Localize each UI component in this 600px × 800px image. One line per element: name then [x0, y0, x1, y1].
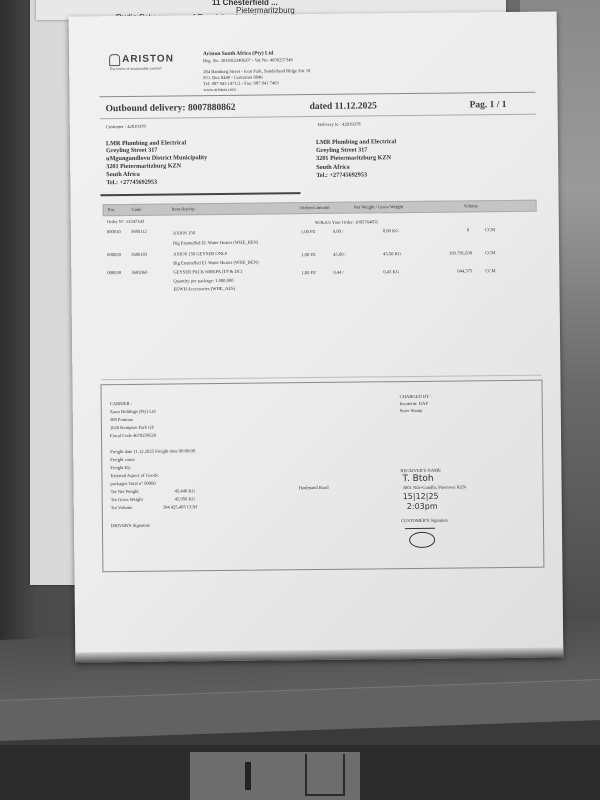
title-rule [100, 114, 536, 120]
freight-cause: Freight cause [110, 457, 135, 462]
tot-gross-value: 45,950 KG [175, 496, 195, 501]
drawer [190, 752, 360, 800]
freight-date: Freight date 11.12.2025 Freight time 00:… [110, 448, 195, 454]
house-icon [109, 54, 120, 66]
packages-total: packages Total n° 00000 [110, 481, 155, 486]
col-code: Code [132, 207, 142, 212]
logo-tagline: The home of sustainable comfort [109, 67, 161, 72]
delivery-title: Outbound delivery: 8007880862 [106, 103, 236, 114]
carrier-label: CARRIER : [110, 401, 132, 406]
store-stamp: Store Stamp [400, 408, 423, 413]
receiver-handwritten-name: T. Btoh [402, 474, 433, 484]
driver-signature-label: DRIVER'S Signature [111, 523, 150, 528]
incoterm: Incoterm: DAP [400, 401, 428, 406]
tot-volume-value: 394.425,405 CCM [163, 504, 197, 509]
col-description: Item descrip. [172, 206, 196, 211]
carrier-address2: 1620 Kempton Park GP [110, 425, 154, 430]
freight-by: Freight By: [110, 465, 131, 470]
receiver-name-label: RECEIVER'S NAME [400, 468, 441, 473]
address-rule [100, 192, 300, 196]
col-volume: Volume [464, 203, 478, 208]
carrier-name: Xaon Holdings (Pty) Ltd [110, 409, 156, 414]
signature-mark [409, 532, 435, 548]
delivery-note: ARISTON The home of sustainable comfort … [69, 11, 564, 662]
col-ordered: Ordered amount [300, 205, 330, 210]
tot-volume-label: Tot Volume [111, 505, 132, 510]
tot-net-label: Tot Net Weight [111, 489, 139, 494]
company-address2: P.O. Box 8440 - Centurion 0046 [203, 75, 262, 81]
col-weight: Net Weight / Gross Weight [354, 204, 403, 210]
carrier-fiscal-code: Fiscal Code 4670259528 [110, 433, 156, 438]
delivery-date: dated 11.12.2025 [310, 101, 377, 112]
order-number: Order Nº: 13347343 [107, 219, 144, 224]
your-order: W/RoUs Your Order: 1005764851 [315, 219, 378, 225]
table-header: Pos. Code Item descrip. Ordered amount N… [103, 200, 537, 217]
company-phone: Tel: 087 943 1471/2 - Fax: 087 941 7463 [203, 80, 279, 86]
customer-number: Customer : 42019378 [106, 124, 146, 129]
receiver-handwritten-time: 2:03pm [407, 502, 438, 511]
charged-by-label: CHARGED BY : [400, 394, 432, 399]
delivery-to-number: Delivery to : 42019378 [318, 122, 361, 127]
carrier-box: CARRIER : Xaon Holdings (Pty) Ltd 308 Po… [100, 380, 544, 573]
tot-net-value: 45,440 KG [175, 488, 195, 493]
receiver-handwritten-date: 15|12|25 [403, 492, 439, 501]
col-pos: Pos. [108, 207, 116, 212]
header-rule [99, 92, 535, 98]
company-address1: 204 Bamburg Street - Icon Park, Sunderla… [203, 68, 310, 74]
carrier-address1: 308 Pomona [110, 417, 133, 422]
tot-gross-label: Tot Gross Weight [111, 497, 143, 502]
external-aspect: External Aspect of Goods: [110, 473, 159, 479]
page-number: Pag. 1 / 1 [470, 100, 507, 110]
logo-brand: ARISTON [122, 53, 174, 65]
company-name: Ariston South Africa (Pty) Ltd [203, 50, 273, 57]
company-website: www.ariston.com [203, 87, 235, 92]
receiver-address: 3001 Nile-Gandhi, Pinetown KZN [403, 484, 467, 490]
transport-road: Haulmand Road [299, 485, 329, 490]
customer-signature-label: CUSTOMER'S Signature [401, 518, 448, 523]
company-reg: Reg. No. 2016/023406/07 - Vat No: 405025… [203, 57, 293, 63]
